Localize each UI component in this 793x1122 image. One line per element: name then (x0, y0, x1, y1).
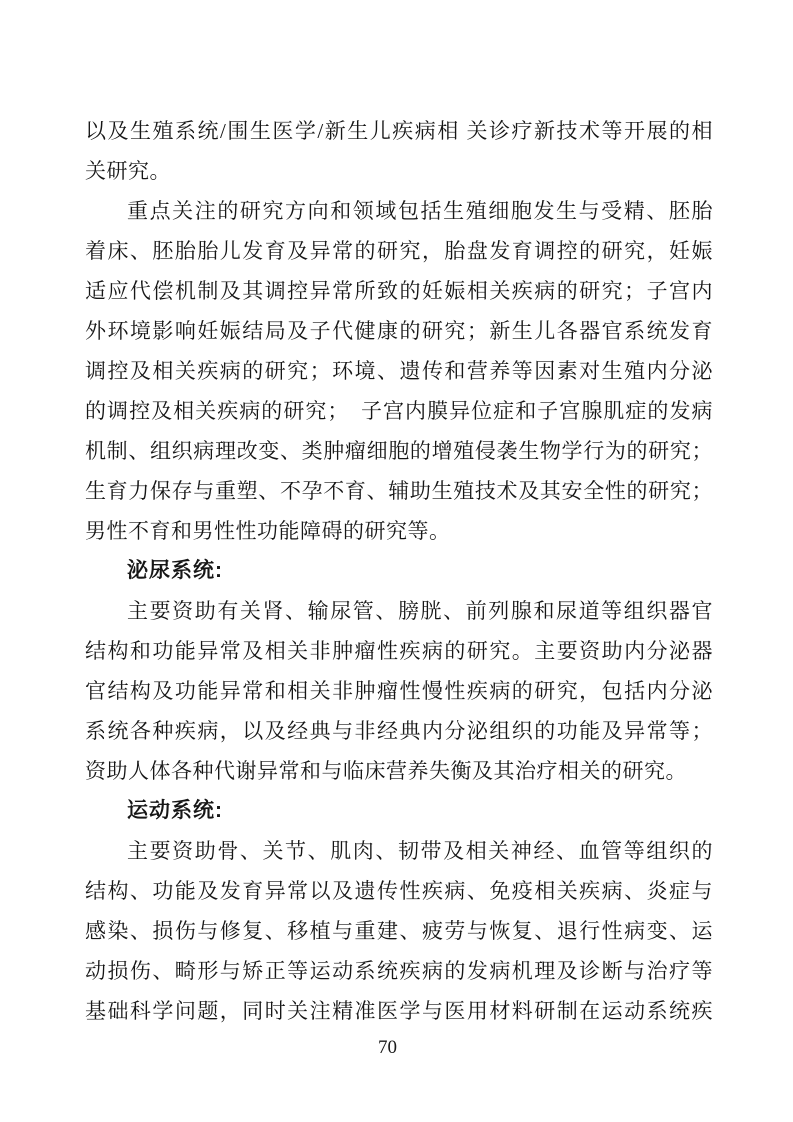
section-heading: 泌尿系统: (85, 551, 713, 591)
text-line: 感染、损伤与修复、移植与重建、疲劳与恢复、退行性病变、运 (85, 911, 713, 951)
text-line: 动损伤、畸形与矫正等运动系统疾病的发病机理及诊断与治疗等 (85, 951, 713, 991)
text-line: 重点关注的研究方向和领域包括生殖细胞发生与受精、胚胎 (85, 191, 713, 231)
text-line: 调控及相关疾病的研究；环境、遗传和营养等因素对生殖内分泌 (85, 351, 713, 391)
text-line: 着床、胚胎胎儿发育及异常的研究，胎盘发育调控的研究，妊娠 (85, 231, 713, 271)
text-line: 适应代偿机制及其调控异常所致的妊娠相关疾病的研究；子宫内 (85, 271, 713, 311)
text-line: 男性不育和男性性功能障碍的研究等。 (85, 511, 713, 551)
text-line: 的调控及相关疾病的研究； 子宫内膜异位症和子宫腺肌症的发病 (85, 391, 713, 431)
text-line: 外环境影响妊娠结局及子代健康的研究；新生儿各器官系统发育 (85, 311, 713, 351)
text-line: 以及生殖系统/围生医学/新生儿疾病相 关诊疗新技术等开展的相 (85, 111, 713, 151)
text-line: 生育力保存与重塑、不孕不育、辅助生殖技术及其安全性的研究； (85, 471, 713, 511)
text-line: 基础科学问题，同时关注精准医学与医用材料研制在运动系统疾 (85, 991, 713, 1031)
text-line: 结构、功能及发育异常以及遗传性疾病、免疫相关疾病、炎症与 (85, 871, 713, 911)
text-line: 主要资助有关肾、输尿管、膀胱、前列腺和尿道等组织器官 (85, 591, 713, 631)
section-heading: 运动系统: (85, 791, 713, 831)
page-number: 70 (0, 1036, 775, 1060)
document-page: 以及生殖系统/围生医学/新生儿疾病相 关诊疗新技术等开展的相关研究。重点关注的研… (0, 0, 793, 1122)
text-line: 机制、组织病理改变、类肿瘤细胞的增殖侵袭生物学行为的研究； (85, 431, 713, 471)
text-line: 系统各种疾病，以及经典与非经典内分泌组织的功能及异常等； (85, 711, 713, 751)
text-line: 官结构及功能异常和相关非肿瘤性慢性疾病的研究，包括内分泌 (85, 671, 713, 711)
text-line: 关研究。 (85, 151, 713, 191)
document-text-block: 以及生殖系统/围生医学/新生儿疾病相 关诊疗新技术等开展的相关研究。重点关注的研… (85, 111, 713, 1031)
text-line: 主要资助骨、关节、肌肉、韧带及相关神经、血管等组织的 (85, 831, 713, 871)
text-line: 结构和功能异常及相关非肿瘤性疾病的研究。主要资助内分泌器 (85, 631, 713, 671)
text-line: 资助人体各种代谢异常和与临床营养失衡及其治疗相关的研究。 (85, 751, 713, 791)
